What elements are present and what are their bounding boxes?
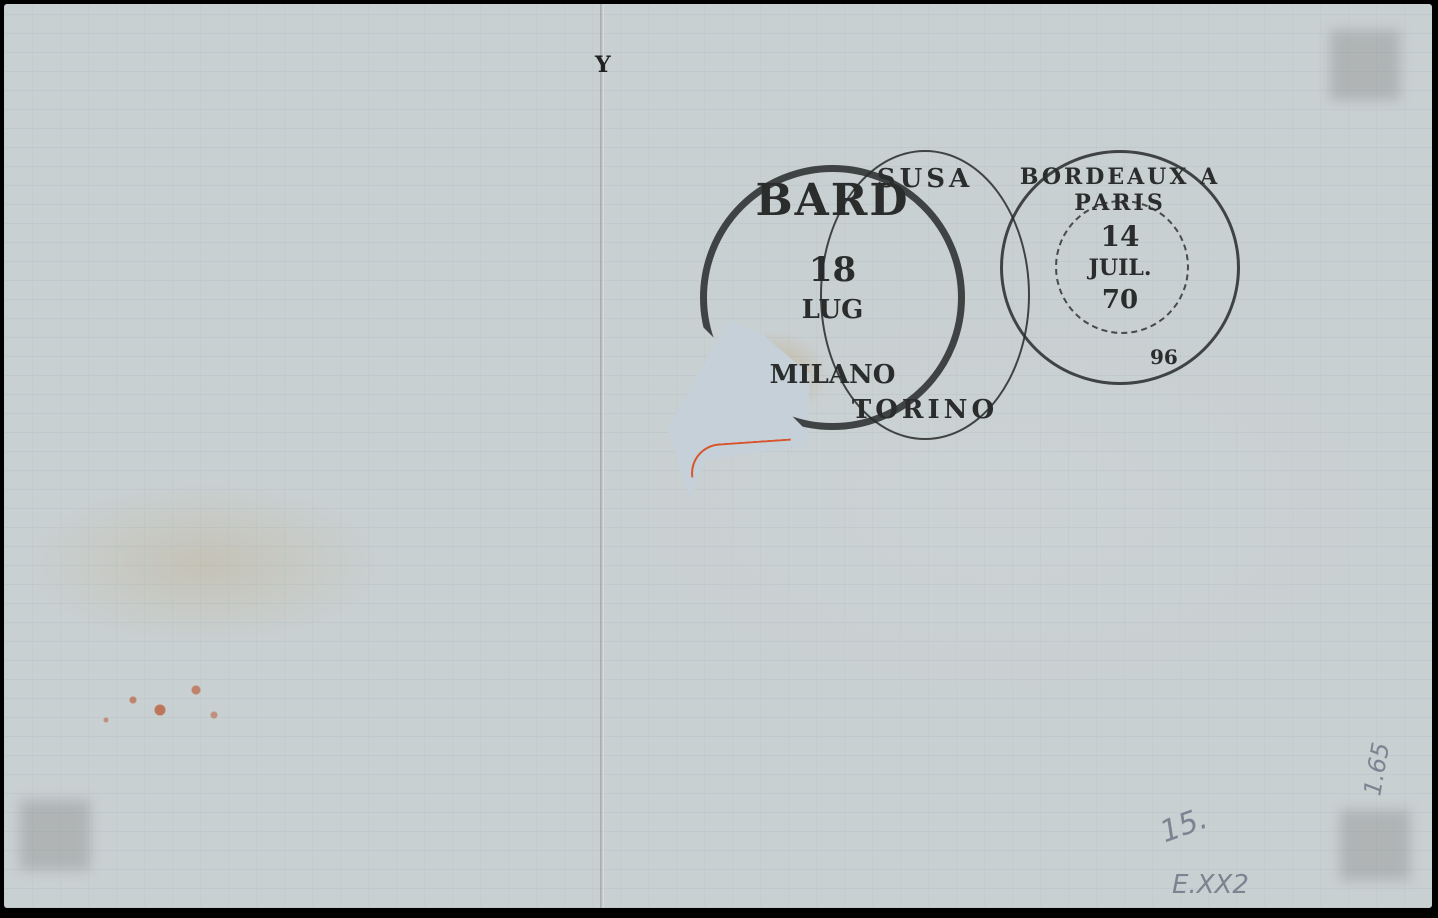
foxing-spots <box>70 640 250 740</box>
postmark-top-text: SUSA <box>820 164 1030 194</box>
postmark-bordeaux-paris: BORDEAUX A PARIS 14 JUIL. 70 96 <box>1000 150 1240 385</box>
postmark-month: JUIL. <box>1000 255 1240 281</box>
pencil-note-code: E.XX2 <box>1172 870 1249 900</box>
postmark-bottom-text: TORINO <box>820 395 1030 425</box>
postmark-susa-torino: SUSA TORINO <box>820 150 1030 440</box>
postmark-day: 14 <box>1000 220 1240 253</box>
postmark-train-number: 96 <box>1150 345 1178 369</box>
corner-hinge-stain <box>1330 30 1400 100</box>
manuscript-mark: Y <box>595 52 611 78</box>
postmark-year: 70 <box>1000 285 1240 315</box>
fold-line <box>600 4 604 908</box>
postmark-arc-text: BORDEAUX A PARIS <box>1000 164 1240 216</box>
corner-hinge-stain <box>1340 810 1410 880</box>
corner-hinge-stain <box>20 800 90 870</box>
